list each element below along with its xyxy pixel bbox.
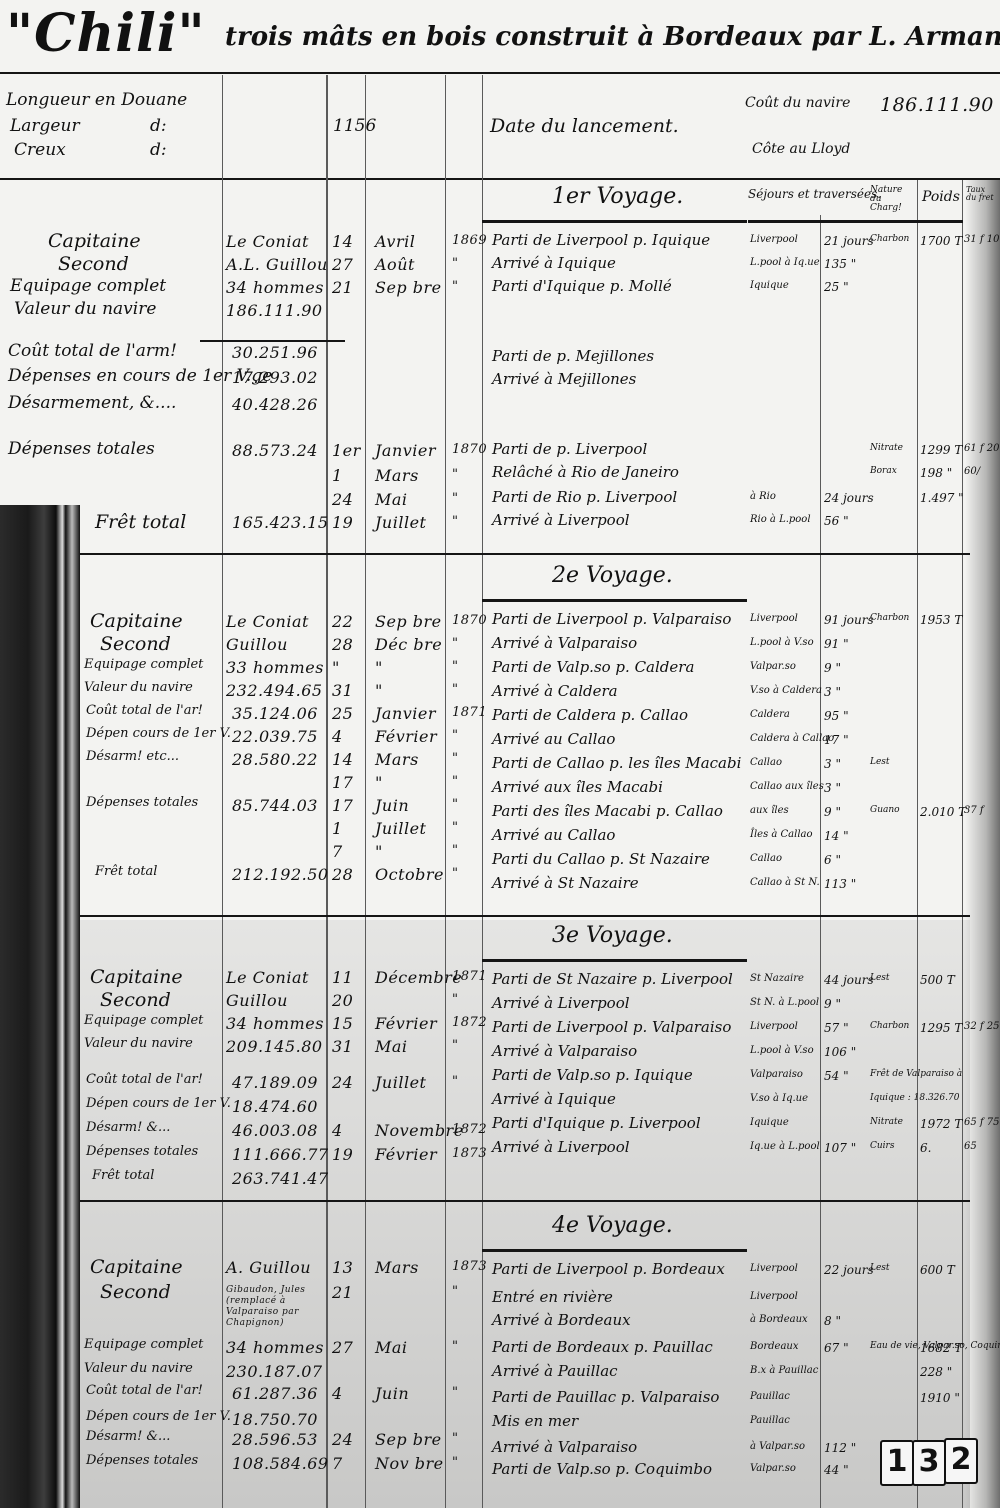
event-month: Janvier [375, 706, 436, 722]
voyage-title-rule [482, 599, 747, 602]
event-year: 1873 [452, 1260, 487, 1273]
event-description: Arrivé à Caldera [492, 684, 618, 699]
event-description: Parti de St Nazaire p. Liverpool [492, 972, 733, 987]
event-weight: 228 " [920, 1366, 952, 1378]
col-line-e [482, 75, 483, 1508]
page-number-digit-2: 3 [912, 1440, 946, 1486]
event-day: 19 [332, 1147, 353, 1163]
event-day: 24 [332, 1432, 353, 1448]
event-days: 21 jours [824, 235, 874, 247]
event-place: Liverpool [750, 614, 798, 624]
event-description: Arrivé aux îles Macabi [492, 780, 663, 795]
event-cargo: Lest [870, 974, 890, 983]
crew-label: Second [100, 635, 171, 654]
event-description: Arrivé à Valparaiso [492, 1044, 637, 1059]
event-day: 7 [332, 1456, 343, 1472]
event-month: Sep bre [375, 614, 442, 630]
crew-value: 186.111.90 [226, 303, 323, 319]
event-days: 14 " [824, 830, 849, 842]
event-day: 31 [332, 1039, 353, 1055]
event-year: 1869 [452, 234, 487, 247]
event-year: 1873 [452, 1147, 487, 1160]
ship-cost-value: 186.111.90 [880, 96, 994, 115]
finance-label: Dépenses totales [86, 796, 198, 809]
event-description: Parti de Pauillac p. Valparaiso [492, 1390, 719, 1405]
event-days: 135 " [824, 258, 856, 270]
event-month: Octobre [375, 867, 444, 883]
event-description: Parti de p. Mejillones [492, 349, 654, 364]
event-description: Arrivé à Pauillac [492, 1364, 618, 1379]
event-description: Parti de Caldera p. Callao [492, 708, 688, 723]
event-year: " [452, 752, 458, 765]
event-year: " [452, 867, 458, 880]
finance-value: 30.251.96 [232, 345, 318, 361]
event-month: Sep bre [375, 1432, 442, 1448]
event-month: Déc bre [375, 637, 442, 653]
event-place: Pauillac [750, 1416, 790, 1426]
voyage-title-rule [482, 1249, 747, 1252]
finance-value: 111.666.77 [232, 1147, 329, 1163]
event-cargo: Cuirs [870, 1142, 894, 1151]
event-month: Mars [375, 752, 419, 768]
event-month: Février [375, 729, 437, 745]
event-description: Parti de Liverpool p. Iquique [492, 233, 710, 248]
finance-label: Dépen cours de 1er V. [86, 727, 231, 740]
event-days: 3 " [824, 686, 841, 698]
col-line-g [917, 180, 918, 1508]
event-year: " [452, 1386, 458, 1399]
finance-label: Coût total de l'ar! [86, 1073, 203, 1086]
event-description: Mis en mer [492, 1414, 578, 1429]
crew-label: Valeur du navire [14, 301, 156, 318]
crew-label: Second [100, 991, 171, 1010]
event-description: Parti de Liverpool p. Bordeaux [492, 1262, 725, 1277]
event-place: Pauillac [750, 1392, 790, 1402]
event-month: " [375, 844, 383, 860]
event-month: Juin [375, 798, 409, 814]
crew-label: Capitaine [90, 612, 183, 631]
event-days: 8 " [824, 1315, 841, 1327]
event-description: Arrivé à Mejillones [492, 372, 636, 387]
event-days: 9 " [824, 998, 841, 1010]
col-line-d [445, 75, 446, 1508]
event-days: 9 " [824, 662, 841, 674]
event-month: Juin [375, 1386, 409, 1402]
dimension-width-ditto: d: [150, 118, 167, 135]
event-weight: 1295 T [920, 1022, 962, 1034]
finance-label: Frêt total [95, 513, 186, 532]
event-month: Mai [375, 1039, 408, 1055]
event-weight: 1682 T [920, 1342, 962, 1354]
col-header-stays: Séjours et traversées. [748, 188, 881, 200]
finance-value: 85.744.03 [232, 798, 318, 814]
event-year: " [452, 798, 458, 811]
event-days: 3 " [824, 758, 841, 770]
event-day: 4 [332, 729, 343, 745]
finance-label: Désarm! &... [86, 1430, 170, 1443]
crew-value: Guillou [226, 637, 288, 653]
event-days: 44 " [824, 1464, 849, 1476]
crew-label: Capitaine [90, 968, 183, 987]
event-description: Arrivé au Callao [492, 732, 615, 747]
event-year: 1872 [452, 1016, 487, 1029]
finance-value: 108.584.69 [232, 1456, 329, 1472]
finance-value: 40.428.26 [232, 397, 318, 413]
col-header-freight: Taux du fret [966, 186, 996, 202]
event-place: Iq.ue à L.pool [750, 1142, 820, 1152]
finance-label: Désarm! etc... [86, 750, 179, 763]
crew-value: 209.145.80 [226, 1039, 323, 1055]
event-description: Parti de Liverpool p. Valparaiso [492, 1020, 731, 1035]
event-year: 1870 [452, 443, 487, 456]
voyage-title: 4e Voyage. [552, 1215, 673, 1237]
event-cargo: Lest [870, 758, 890, 767]
crew-value: Le Coniat [226, 234, 309, 250]
event-day: " [332, 660, 340, 676]
crew-total-rule [200, 340, 345, 342]
crew-value: 230.187.07 [226, 1364, 323, 1380]
finance-label: Coût total de l'ar! [86, 1384, 203, 1397]
event-freight: 60/ [964, 467, 980, 477]
ledger-page: "Chili" trois mâts en bois construit à B… [0, 0, 1000, 1508]
finance-value: 17.293.02 [232, 370, 318, 386]
event-place: Iquique [750, 1118, 789, 1128]
crew-value: 33 hommes [226, 660, 324, 676]
event-place: Callao à St N. [750, 878, 820, 888]
event-freight: 32 f 25 [964, 1022, 1000, 1032]
event-day: 27 [332, 1340, 353, 1356]
event-days: 107 " [824, 1142, 856, 1154]
crew-value: 34 hommes [226, 280, 324, 296]
event-month: Mai [375, 492, 408, 508]
event-days: 25 " [824, 281, 849, 293]
finance-label: Coût total de l'arm! [8, 343, 177, 360]
event-cargo: Lest [870, 1264, 890, 1273]
event-freight: 37 f [964, 806, 984, 816]
crew-label: Equipage complet [84, 1338, 203, 1351]
event-month: Mars [375, 468, 419, 484]
event-year: " [452, 660, 458, 673]
col-line-c [365, 75, 366, 1508]
finance-value: 212.192.50 [232, 867, 329, 883]
crew-label: Capitaine [90, 1258, 183, 1277]
finance-value: 47.189.09 [232, 1075, 318, 1091]
page-edge-shadow [965, 180, 1000, 1508]
crew-label: Equipage complet [84, 658, 203, 671]
finance-value: 18.474.60 [232, 1099, 318, 1115]
event-day: 27 [332, 257, 353, 273]
event-day: 14 [332, 752, 353, 768]
finance-value: 46.003.08 [232, 1123, 318, 1139]
event-place: Bordeaux [750, 1342, 799, 1352]
event-place: Callao [750, 854, 782, 864]
event-description: Arrivé à Valparaiso [492, 636, 637, 651]
finance-label: Dépenses totales [86, 1454, 198, 1467]
event-day: 11 [332, 970, 353, 986]
event-month: Sep bre [375, 280, 442, 296]
finance-label: Dépen cours de 1er V. [86, 1410, 231, 1423]
header-rule [0, 178, 1000, 180]
event-year: " [452, 729, 458, 742]
event-weight: 1972 T [920, 1118, 962, 1130]
crew-label: Second [58, 255, 129, 274]
event-day: 17 [332, 798, 353, 814]
lloyd-rating-label: Côte au Lloyd [752, 142, 850, 156]
event-year: " [452, 1285, 458, 1298]
finance-value: 28.580.22 [232, 752, 318, 768]
event-day: 20 [332, 993, 353, 1009]
crew-label: Equipage complet [10, 278, 166, 295]
event-year: " [452, 1039, 458, 1052]
event-year: " [452, 844, 458, 857]
finance-value: 35.124.06 [232, 706, 318, 722]
voyage-divider [80, 915, 970, 917]
event-month: Novembre [375, 1123, 464, 1139]
voyage-title: 2e Voyage. [552, 565, 673, 587]
event-day: 24 [332, 492, 353, 508]
event-day: 31 [332, 683, 353, 699]
event-place: V.so à Iq.ue [750, 1094, 808, 1104]
event-description: Arrivé à Liverpool [492, 513, 630, 528]
event-days: 44 jours [824, 974, 874, 986]
event-year: 1870 [452, 614, 487, 627]
event-weight: 1700 T [920, 235, 962, 247]
event-description: Parti de Liverpool p. Valparaiso [492, 612, 731, 627]
event-days: 54 " [824, 1070, 849, 1082]
event-days: 56 " [824, 515, 849, 527]
voyage-divider [80, 1200, 970, 1202]
event-cargo: Charbon [870, 235, 909, 244]
event-year: " [452, 1340, 458, 1353]
event-days: 67 " [824, 1342, 849, 1354]
event-place: à Rio [750, 492, 776, 502]
event-place: Callao aux îles [750, 782, 824, 792]
event-month: Janvier [375, 443, 436, 459]
event-year: 1872 [452, 1123, 487, 1136]
event-description: Entré en rivière [492, 1290, 613, 1305]
col-header-cargo: Nature du Charg! [870, 186, 916, 213]
finance-label: Dépenses totales [86, 1145, 198, 1158]
dimension-depth-ditto: d: [150, 142, 167, 159]
event-year: " [452, 1075, 458, 1088]
event-year: " [452, 468, 458, 481]
event-day: 17 [332, 775, 353, 791]
page-number-digit-3: 2 [944, 1438, 978, 1484]
event-day: 21 [332, 1285, 353, 1301]
event-year: " [452, 492, 458, 505]
event-day: 14 [332, 234, 353, 250]
crew-label: Equipage complet [84, 1014, 203, 1027]
finance-value: 18.750.70 [232, 1412, 318, 1428]
crew-value: A.L. Guillou [226, 257, 328, 273]
col-line-a [222, 75, 223, 1508]
event-year: " [452, 993, 458, 1006]
event-place: aux îles [750, 806, 789, 816]
event-place: Liverpool [750, 235, 798, 245]
event-days: 17 " [824, 734, 849, 746]
voyage-title: 1er Voyage. [552, 186, 683, 208]
dimension-width-label: Largeur [10, 118, 80, 135]
event-month: Août [375, 257, 415, 273]
event-place: Liverpool [750, 1264, 798, 1274]
event-cargo: Iquique : 18.326.70 [870, 1094, 959, 1103]
event-description: Parti de p. Liverpool [492, 442, 647, 457]
finance-label: Frêt total [92, 1169, 154, 1182]
event-place: St Nazaire [750, 974, 804, 984]
event-description: Parti du Callao p. St Nazaire [492, 852, 710, 867]
event-days: 112 " [824, 1442, 856, 1454]
title-rule [0, 72, 1000, 74]
event-weight: 2.010 T [920, 806, 966, 818]
ship-description: trois mâts en bois construit à Bordeaux … [225, 24, 1000, 50]
event-cargo: Nitrate [870, 1118, 903, 1127]
crew-label: Second [100, 1283, 171, 1302]
event-weight: 1910 " [920, 1392, 960, 1404]
event-description: Arrivé au Callao [492, 828, 615, 843]
event-place: Callao [750, 758, 782, 768]
finance-label: Dépen cours de 1er V. [86, 1097, 231, 1110]
event-month: Juillet [375, 821, 426, 837]
event-cargo: Nitrate [870, 444, 903, 453]
crew-label: Capitaine [48, 232, 141, 251]
event-description: Parti de Valp.so p. Coquimbo [492, 1462, 712, 1477]
event-month: Nov bre [375, 1456, 444, 1472]
col-header-rule [748, 220, 963, 223]
event-year: " [452, 257, 458, 270]
event-month: Février [375, 1147, 437, 1163]
finance-label: Dépenses totales [8, 441, 155, 458]
event-place: L.pool à Iq.ue [750, 258, 820, 268]
event-month: " [375, 683, 383, 699]
event-day: 24 [332, 1075, 353, 1091]
event-year: " [452, 280, 458, 293]
event-day: 13 [332, 1260, 353, 1276]
event-days: 9 " [824, 806, 841, 818]
event-place: à Bordeaux [750, 1315, 808, 1325]
event-day: 4 [332, 1386, 343, 1402]
crew-value: 232.494.65 [226, 683, 323, 699]
event-cargo: Charbon [870, 1022, 909, 1031]
event-day: 15 [332, 1016, 353, 1032]
event-description: Arrivé à Iquique [492, 1092, 616, 1107]
crew-value: 34 hommes [226, 1016, 324, 1032]
event-description: Parti d'Iquique p. Liverpool [492, 1116, 701, 1131]
finance-label: Désarm! &... [86, 1121, 170, 1134]
event-year: " [452, 1456, 458, 1469]
ship-cost-label: Coût du navire [745, 96, 850, 110]
crew-label: Valeur du navire [84, 1037, 193, 1050]
event-day: 1 [332, 821, 343, 837]
event-weight: 600 T [920, 1264, 955, 1276]
event-description: Arrivé à Liverpool [492, 1140, 630, 1155]
event-year: " [452, 775, 458, 788]
event-description: Parti d'Iquique p. Mollé [492, 279, 672, 294]
finance-label: Désarmement, &.... [8, 395, 176, 412]
event-description: Parti de Bordeaux p. Pauillac [492, 1340, 713, 1355]
event-description: Arrivé à St Nazaire [492, 876, 639, 891]
dimension-length-label: Longueur en Douane [6, 92, 187, 109]
tonnage: 1156 [333, 118, 376, 135]
ship-name: "Chili" [6, 8, 206, 60]
event-day: 19 [332, 515, 353, 531]
event-weight: 6. [920, 1142, 931, 1154]
event-day: 28 [332, 867, 353, 883]
finance-label: Coût total de l'ar! [86, 704, 203, 717]
event-description: Arrivé à Bordeaux [492, 1313, 631, 1328]
event-description: Relâché à Rio de Janeiro [492, 465, 679, 480]
event-place: Valparaiso [750, 1070, 803, 1080]
event-month: " [375, 660, 383, 676]
event-place: Liverpool [750, 1022, 798, 1032]
event-year: 1871 [452, 970, 487, 983]
col-header-weight: Poids [922, 190, 960, 204]
event-place: Valpar.so [750, 1464, 796, 1474]
event-days: 24 jours [824, 492, 874, 504]
event-year: " [452, 1432, 458, 1445]
finance-value: 165.423.15 [232, 515, 329, 531]
event-day: 22 [332, 614, 353, 630]
event-year: " [452, 683, 458, 696]
event-year: " [452, 637, 458, 650]
voyage-title-rule [482, 959, 747, 962]
event-day: 7 [332, 844, 343, 860]
col-line-h [962, 180, 963, 1508]
event-month: Mai [375, 1340, 408, 1356]
event-place: L.pool à V.so [750, 638, 814, 648]
crew-value: 34 hommes [226, 1340, 324, 1356]
crew-label: Valeur du navire [84, 681, 193, 694]
voyage-title-rule [482, 220, 747, 223]
event-days: 3 " [824, 782, 841, 794]
event-day: 25 [332, 706, 353, 722]
finance-value: 22.039.75 [232, 729, 318, 745]
event-description: Arrivé à Valparaiso [492, 1440, 637, 1455]
col-line-f [820, 215, 821, 1508]
event-place: Caldera [750, 710, 790, 720]
crew-value: A. Guillou [226, 1260, 311, 1276]
event-weight: 500 T [920, 974, 955, 986]
event-description: Arrivé à Liverpool [492, 996, 630, 1011]
event-description: Parti de Valp.so p. Iquique [492, 1068, 693, 1083]
event-days: 113 " [824, 878, 856, 890]
event-freight: 65 f 75 [964, 1118, 1000, 1128]
event-cargo: Frêt de Valparaiso à [870, 1070, 962, 1079]
event-cargo: Charbon [870, 614, 909, 623]
col-line-b [326, 75, 328, 1508]
event-cargo: Guano [870, 806, 900, 815]
event-day: 4 [332, 1123, 343, 1139]
event-freight: 31 f 10 [964, 235, 1000, 245]
crew-value: Gibaudon, Jules (remplacé à Valparaiso p… [226, 1285, 326, 1329]
event-month: " [375, 775, 383, 791]
crew-value: Guillou [226, 993, 288, 1009]
event-place: Liverpool [750, 1292, 798, 1302]
event-weight: 1953 T [920, 614, 962, 626]
event-freight: 61 f 20 [964, 444, 1000, 454]
event-description: Parti de Rio p. Liverpool [492, 490, 677, 505]
event-days: 57 " [824, 1022, 849, 1034]
event-month: Décembre [375, 970, 462, 986]
event-place: Rio à L.pool [750, 515, 811, 525]
event-month: Juillet [375, 515, 426, 531]
event-days: 6 " [824, 854, 841, 866]
event-day: 1er [332, 443, 361, 459]
event-days: 91 " [824, 638, 849, 650]
event-description: Arrivé à Iquique [492, 256, 616, 271]
event-month: Juillet [375, 1075, 426, 1091]
event-description: Parti de Valp.so p. Caldera [492, 660, 694, 675]
event-weight: 198 " [920, 467, 952, 479]
